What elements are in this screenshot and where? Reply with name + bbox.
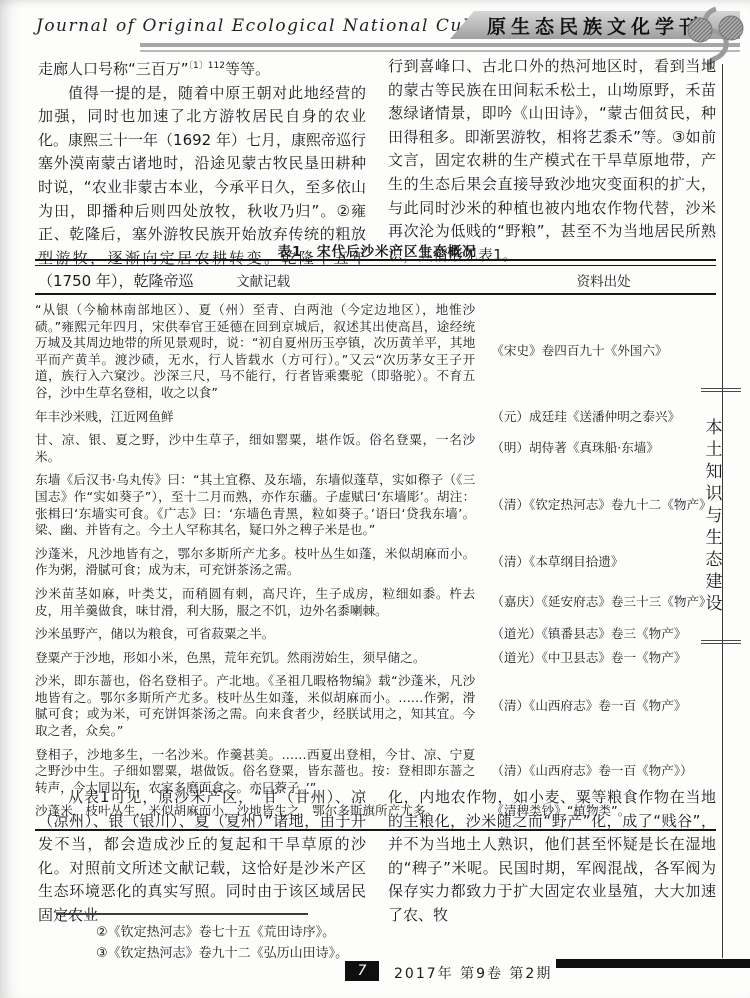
table-row: “从银（今榆林南部地区）、夏（州）至青、白两池（今定边地区），地惟沙碛。”雍熙元… — [35, 295, 716, 402]
paragraph: 走廊人口号称“三百万”〔1〕112等等。 — [38, 55, 366, 82]
page-number: 7 — [345, 961, 379, 981]
record-cell: 东墙《后汉书·乌丸传》曰：“其土宜穄、及东墙，东墙似蓬草，实如穄子（《三国志》作… — [35, 472, 491, 538]
header-rule-thin — [140, 50, 740, 52]
column-header-source: 资料出处 — [491, 270, 716, 290]
paragraph: 化，内地农作物，如小麦、粟等粮食作物在当地的主粮化，沙米随之而“野产”化，成了“… — [388, 786, 716, 928]
record-cell: 沙米苗茎如麻，叶类艾，而稍圆有刺，高尺许，生子成房，粒细如黍。杵去皮，用羊羹做食… — [35, 586, 491, 619]
source-cell: （嘉庆）《延安府志》卷三十三《物产》 — [491, 586, 716, 619]
footnote: ②《钦定热河志》卷七十五《荒田诗序》。 — [60, 923, 480, 944]
source-cell: （清）《山西府志》卷一百《物产》 — [491, 673, 716, 739]
footnote: ③《钦定热河志》卷九十二《弘历山田诗》。 — [60, 944, 480, 965]
table-row: 沙米虽野产，储以为粮食，可省菽粟之半。 （道光）《镇番县志》卷三《物产》 — [35, 619, 716, 643]
table-row: 沙米苗茎如麻，叶类艾，而稍圆有刺，高尺许，生子成房，粒细如黍。杵去皮，用羊羹做食… — [35, 579, 716, 619]
table-row: 沙米，即东蔷也，俗名登相子。产北地。《圣祖几暇格物编》载“沙蓬米，凡沙地皆有之。… — [35, 666, 716, 739]
column-header-record: 文献记载 — [35, 270, 491, 290]
paragraph-text: 走廊人口号称“三百万” — [38, 60, 189, 78]
header-rule-thick — [140, 43, 740, 47]
record-cell: 沙蓬米，凡沙地皆有之，鄂尔多斯所产尤多。枝叶丛生如蓬，米似胡麻而小。作为粥，滑腻… — [35, 546, 491, 579]
citation-superscript: 〔1〕112 — [189, 61, 225, 71]
table-row: 登粟产于沙地，形如小米，色黑，荒年充饥。然雨涝始生，须早储之。 （道光）《中卫县… — [35, 643, 716, 667]
record-cell: 沙米，即东蔷也，俗名登相子。产北地。《圣祖几暇格物编》载“沙蓬米，凡沙地皆有之。… — [35, 673, 491, 739]
source-cell: （清）《钦定热河志》卷九十二《物产》 — [491, 472, 716, 538]
source-cell: （道光）《中卫县志》卷一《物产》 — [491, 650, 716, 667]
record-cell: “从银（今榆林南部地区）、夏（州）至青、白两池（今定边地区），地惟沙碛。”雍熙元… — [35, 302, 491, 402]
discussion-left-column: 从表1可见，原沙米产区，“甘（甘州）、凉（凉州）、银（银川）、夏（夏州）”诸地，… — [38, 786, 366, 928]
source-cell: 《宋史》卷四百九十《外国六》 — [491, 302, 716, 402]
footnote-separator — [56, 913, 308, 915]
source-cell: （清）《本草纲目拾遗》 — [491, 546, 716, 579]
issue-info: 2017年 第9卷 第2期 — [394, 963, 552, 983]
journal-page: Journal of Original Ecological National … — [0, 0, 750, 998]
table-row: 年丰沙米贱，江近网鱼鲜 （元）成廷珪《送潘仲明之泰兴》 — [35, 402, 716, 426]
table-top-rule — [35, 259, 716, 266]
record-cell: 登粟产于沙地，形如小米，色黑，荒年充饥。然雨涝始生，须早储之。 — [35, 650, 491, 667]
discussion-right-column: 化，内地农作物，如小麦、粟等粮食作物在当地的主粮化，沙米随之而“野产”化，成了“… — [388, 786, 716, 928]
record-cell: 年丰沙米贱，江近网鱼鲜 — [35, 409, 491, 426]
table-header-row: 文献记载 资料出处 — [35, 266, 716, 295]
source-cell: （明）胡侍著《真珠船·东墙》 — [491, 432, 716, 465]
table-title: 表1 宋代后沙米产区生态概况 — [38, 240, 716, 260]
paragraph-text: 等等。 — [225, 60, 270, 78]
paragraph: 从表1可见，原沙米产区，“甘（甘州）、凉（凉州）、银（银川）、夏（夏州）”诸地，… — [38, 786, 366, 928]
source-cell: （元）成廷珪《送潘仲明之泰兴》 — [491, 409, 716, 426]
footer-black-bar — [556, 959, 750, 968]
table-row: 甘、凉、银、夏之野，沙中生草子，细如罂粟，堪作饭。俗名登粟，一名沙米。 （明）胡… — [35, 425, 716, 465]
record-cell: 沙米虽野产，储以为粮食，可省菽粟之半。 — [35, 626, 491, 643]
record-cell: 甘、凉、银、夏之野，沙中生草子，细如罂粟，堪作饭。俗名登粟，一名沙米。 — [35, 432, 491, 465]
journal-chinese-title: 原生态民族文化学刊 — [487, 12, 703, 39]
source-cell: （道光）《镇番县志》卷三《物产》 — [491, 626, 716, 643]
table-row: 东墙《后汉书·乌丸传》曰：“其土宜穄、及东墙，东墙似蓬草，实如穄子（《三国志》作… — [35, 465, 716, 538]
discussion-columns: 从表1可见，原沙米产区，“甘（甘州）、凉（凉州）、银（银川）、夏（夏州）”诸地，… — [38, 786, 716, 928]
journal-english-title: Journal of Original Ecological National … — [36, 16, 444, 36]
footnotes: ②《钦定热河志》卷七十五《荒田诗序》。 ③《钦定热河志》卷九十二《弘历山田诗》。 — [60, 923, 480, 964]
paragraph: 行到喜峰口、古北口外的热河地区时，看到当地的蒙古等民族在田间耘禾松土，山坳原野，… — [388, 55, 716, 267]
table-row: 沙蓬米，凡沙地皆有之，鄂尔多斯所产尤多。枝叶丛生如蓬，米似胡麻而小。作为粥，滑腻… — [35, 539, 716, 579]
ecology-table: 文献记载 资料出处 “从银（今榆林南部地区）、夏（州）至青、白两池（今定边地区）… — [35, 259, 716, 831]
